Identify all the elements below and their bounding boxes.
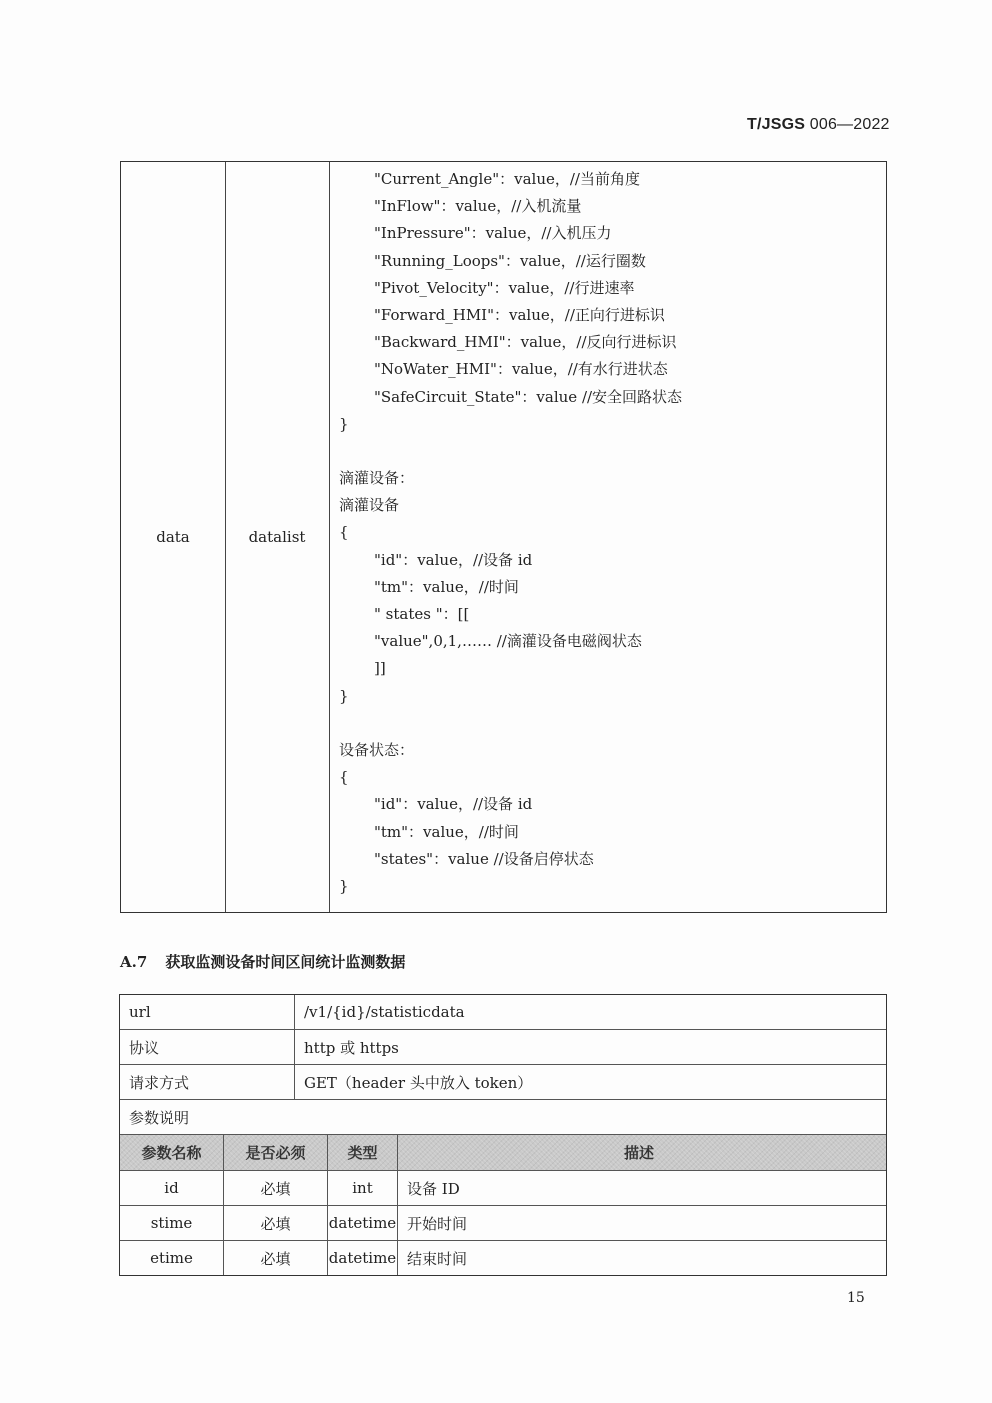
- code-line: "InPressure"：value，//入机压力: [339, 220, 886, 247]
- params-label-row: 参数说明: [120, 1100, 886, 1135]
- param-name: etime: [120, 1241, 224, 1275]
- section-title: 获取监测设备时间区间统计监测数据: [165, 953, 405, 971]
- doc-prefix: T/JSGS: [747, 116, 805, 133]
- code-line: "id"：value，//设备 id: [339, 791, 886, 818]
- col-header-type: 类型: [328, 1135, 398, 1170]
- field-type-cell: datalist: [225, 162, 330, 912]
- code-line: "InFlow"：value，//入机流量: [339, 193, 886, 220]
- code-line: "id"：value，//设备 id: [339, 547, 886, 574]
- param-required: 必填: [224, 1241, 328, 1275]
- param-required: 必填: [224, 1171, 328, 1205]
- code-line: "tm"：value，//时间: [339, 574, 886, 601]
- param-type: datetime: [328, 1241, 398, 1275]
- api-spec-table: url /v1/{id}/statisticdata 协议 http 或 htt…: [119, 994, 887, 1276]
- code-line: {: [339, 519, 886, 546]
- code-line: "value",0,1,…… //滴灌设备电磁阀状态: [339, 628, 886, 655]
- code-line: "tm"：value，//时间: [339, 819, 886, 846]
- protocol-value: http 或 https: [295, 1030, 886, 1064]
- param-type: int: [328, 1171, 398, 1205]
- code-line: "Running_Loops"：value，//运行圈数: [339, 248, 886, 275]
- col-header-description: 描述: [398, 1135, 886, 1170]
- code-line: "SafeCircuit_State"：value //安全回路状态: [339, 384, 886, 411]
- col-header-required: 是否必须: [224, 1135, 328, 1170]
- protocol-row: 协议 http 或 https: [120, 1030, 886, 1065]
- code-line: "NoWater_HMI"：value，//有水行进状态: [339, 356, 886, 383]
- code-line: 设备状态：: [339, 737, 886, 764]
- response-data-table: data datalist "Current_Angle"：value，//当前…: [120, 161, 887, 913]
- param-description: 结束时间: [398, 1241, 886, 1275]
- code-line: }: [339, 873, 886, 900]
- doc-number: 006—2022: [810, 116, 890, 133]
- code-line: ]]: [339, 655, 886, 682]
- code-line: 滴灌设备: [339, 492, 886, 519]
- code-line: "Current_Angle"：value，//当前角度: [339, 166, 886, 193]
- code-line: {: [339, 764, 886, 791]
- document-code: T/JSGS 006—2022: [747, 116, 890, 134]
- code-line: "Pivot_Velocity"：value，//行进速率: [339, 275, 886, 302]
- protocol-label: 协议: [120, 1030, 295, 1064]
- method-value: GET（header 头中放入 token）: [295, 1065, 886, 1099]
- field-name: data: [121, 162, 225, 912]
- method-label: 请求方式: [120, 1065, 295, 1099]
- code-line: [339, 438, 886, 465]
- field-type: datalist: [225, 162, 329, 912]
- param-description: 设备 ID: [398, 1171, 886, 1205]
- field-description-cell: "Current_Angle"：value，//当前角度"InFlow"：val…: [329, 162, 886, 912]
- code-line: "states"：value //设备启停状态: [339, 846, 886, 873]
- param-type: datetime: [328, 1206, 398, 1240]
- params-label: 参数说明: [120, 1100, 886, 1134]
- table-row: etime 必填 datetime 结束时间: [120, 1241, 886, 1275]
- code-line: "Backward_HMI"：value，//反向行进标识: [339, 329, 886, 356]
- url-row: url /v1/{id}/statisticdata: [120, 995, 886, 1030]
- code-line: " states "：[[: [339, 601, 886, 628]
- field-name-cell: data: [121, 162, 226, 912]
- param-name: id: [120, 1171, 224, 1205]
- method-row: 请求方式 GET（header 头中放入 token）: [120, 1065, 886, 1100]
- page-number: 15: [847, 1290, 865, 1306]
- url-value: /v1/{id}/statisticdata: [295, 995, 886, 1029]
- code-line: "Forward_HMI"：value，//正向行进标识: [339, 302, 886, 329]
- col-header-name: 参数名称: [120, 1135, 224, 1170]
- params-header-row: 参数名称 是否必须 类型 描述: [120, 1135, 886, 1171]
- code-block: "Current_Angle"：value，//当前角度"InFlow"：val…: [339, 166, 886, 900]
- table-row: id 必填 int 设备 ID: [120, 1171, 886, 1206]
- code-line: }: [339, 411, 886, 438]
- param-description: 开始时间: [398, 1206, 886, 1240]
- code-line: [339, 710, 886, 737]
- table-row: stime 必填 datetime 开始时间: [120, 1206, 886, 1241]
- url-label: url: [120, 995, 295, 1029]
- code-line: 滴灌设备：: [339, 465, 886, 492]
- section-number: A.7: [120, 953, 147, 971]
- code-line: }: [339, 683, 886, 710]
- section-heading: A.7获取监测设备时间区间统计监测数据: [120, 951, 405, 972]
- param-name: stime: [120, 1206, 224, 1240]
- param-required: 必填: [224, 1206, 328, 1240]
